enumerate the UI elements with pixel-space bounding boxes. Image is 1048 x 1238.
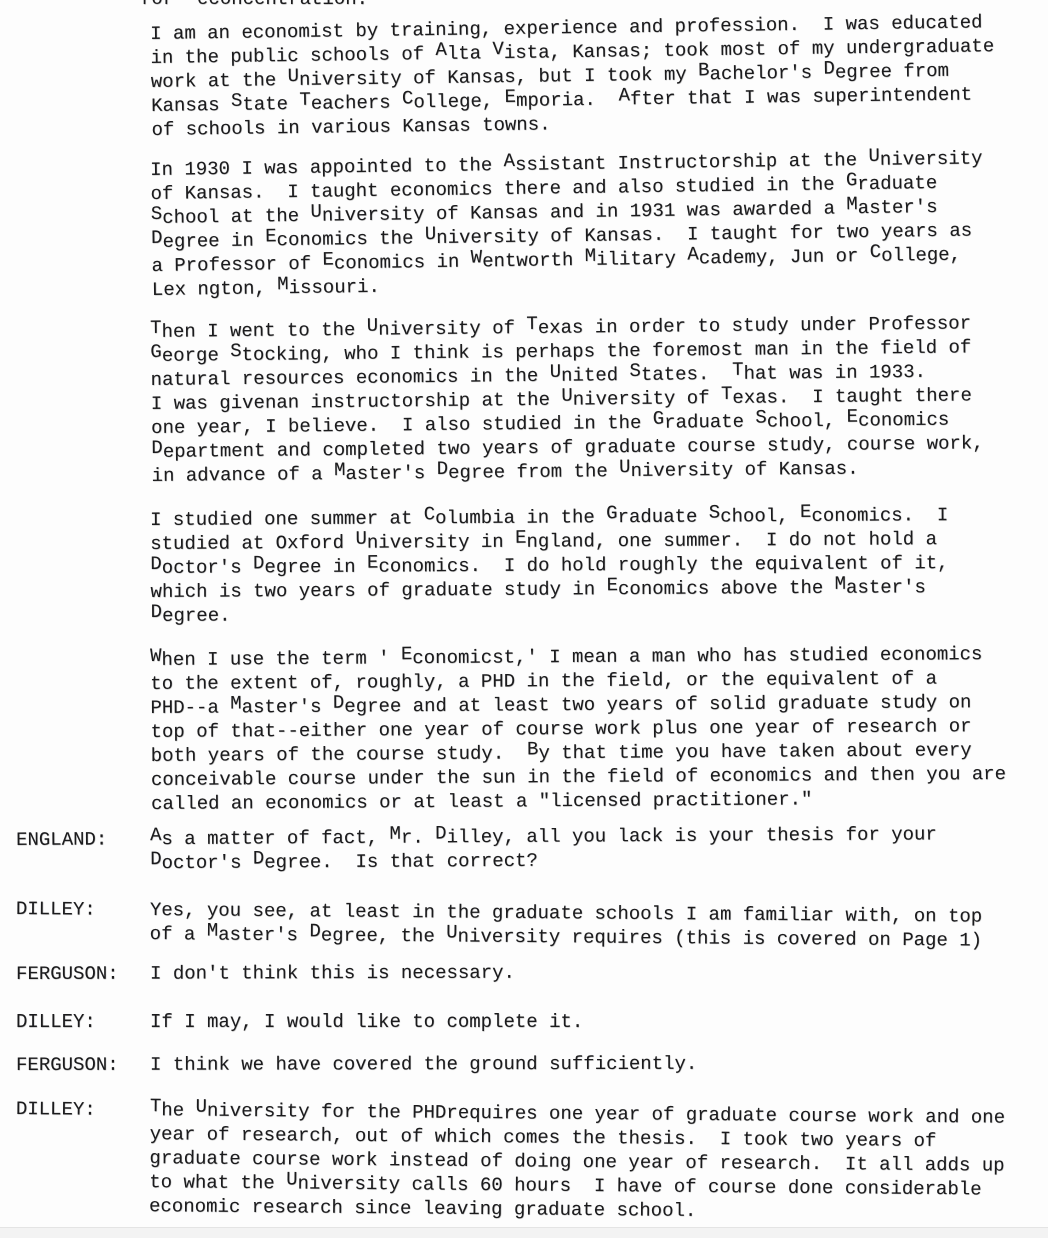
speech: Yes, you see, at least in the graduate s… <box>150 898 1046 953</box>
speech: I don't think this is necessary. <box>150 959 1046 985</box>
speaker-label: FERGUSON: <box>16 1053 150 1077</box>
speaker-label: ENGLAND: <box>16 827 150 876</box>
text-line: called an economics or at least a "licen… <box>151 786 1041 816</box>
text-line: If I may, I would like to complete it. <box>150 1010 1046 1034</box>
speaker-label: DILLEY: <box>15 1097 150 1218</box>
dialogue-entry: DILLEY: The University for the PHDrequir… <box>15 1097 1046 1226</box>
dialogue-entry: DILLEY: Yes, you see, at least in the gr… <box>16 897 1046 953</box>
dialogue-entry: FERGUSON: I think we have covered the gr… <box>16 1051 1046 1077</box>
monologue-paragraph: I studied one summer at Columbia in the … <box>150 503 1041 628</box>
speech: I think we have covered the ground suffi… <box>150 1051 1046 1077</box>
scan-bottom-edge <box>0 1227 1048 1238</box>
text-line: I think we have covered the ground suffi… <box>150 1051 1046 1077</box>
dialogue-entry: ENGLAND: As a matter of fact, Mr. Dilley… <box>16 822 1046 876</box>
speaker-label: FERGUSON: <box>16 962 150 986</box>
document-page: for econcentration. I am an economist by… <box>0 0 1048 1238</box>
monologue-paragraph: I am an economist by training, experienc… <box>150 10 1042 142</box>
monologue-paragraph: In 1930 I was appointed to the Assistant… <box>150 146 1042 302</box>
speech: The University for the PHDrequires one y… <box>149 1098 1046 1226</box>
monologue-paragraph: Then I went to the University of Texas i… <box>150 311 1042 488</box>
monologue-paragraph: When I use the term ' Economicst,' I mea… <box>150 642 1041 816</box>
text-line: Doctor's Degree. Is that correct? <box>150 846 1046 875</box>
dialogue-entry: FERGUSON: I don't think this is necessar… <box>16 959 1046 986</box>
clipped-top-line: for econcentration. <box>140 0 368 11</box>
speech: As a matter of fact, Mr. Dilley, all you… <box>150 822 1046 875</box>
dialogue-entry: DILLEY: If I may, I would like to comple… <box>16 1010 1046 1034</box>
speech: If I may, I would like to complete it. <box>150 1010 1046 1034</box>
speaker-label: DILLEY: <box>16 1010 150 1034</box>
text-line: I don't think this is necessary. <box>150 959 1046 985</box>
speaker-label: DILLEY: <box>16 897 150 946</box>
